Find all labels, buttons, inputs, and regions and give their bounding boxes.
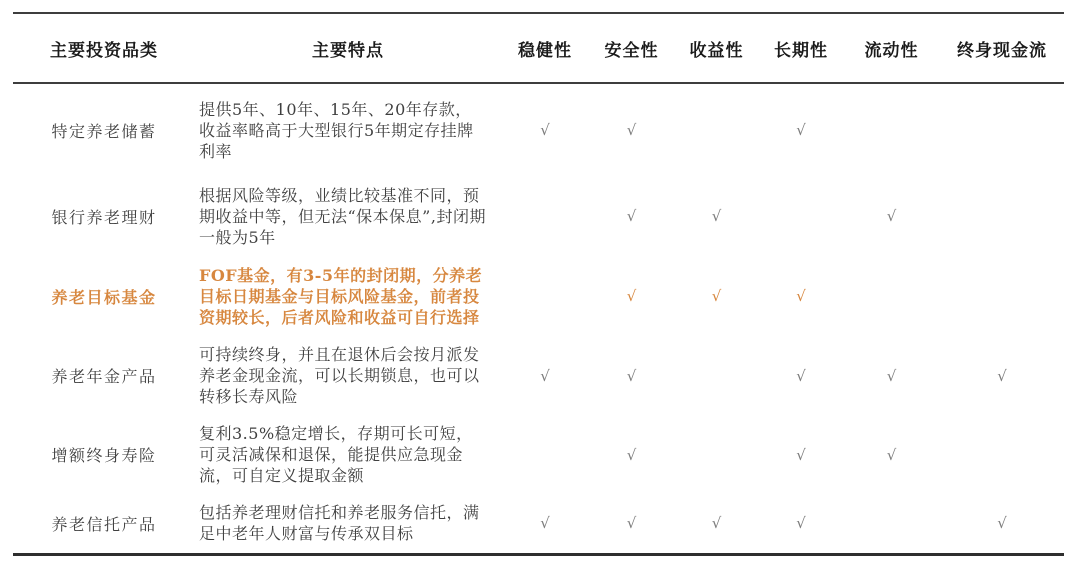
checkmark-cell: √ — [759, 415, 843, 494]
checkmark-cell: √ — [501, 83, 589, 176]
column-header: 主要投资品类 — [13, 13, 195, 83]
empty-check-cell — [674, 415, 759, 494]
empty-check-cell — [843, 83, 940, 176]
empty-check-cell — [674, 336, 759, 415]
checkmark-cell: √ — [843, 176, 940, 256]
table-body: 特定养老储蓄 提供5年、10年、15年、20年存款，收益率略高于大型银行5年期定… — [13, 83, 1064, 554]
checkmark-cell: √ — [589, 176, 674, 256]
pension-products-table: 主要投资品类主要特点稳健性安全性收益性长期性流动性终身现金流 特定养老储蓄 提供… — [13, 12, 1064, 556]
empty-check-cell — [940, 256, 1064, 336]
category-cell: 养老年金产品 — [13, 336, 195, 415]
empty-check-cell — [940, 415, 1064, 494]
checkmark-cell: √ — [501, 336, 589, 415]
empty-check-cell — [674, 83, 759, 176]
column-header: 收益性 — [674, 13, 759, 83]
category-cell: 养老目标基金 — [13, 256, 195, 336]
table-row: 养老目标基金 FOF基金，有3-5年的封闭期，分养老目标日期基金与目标风险基金，… — [13, 256, 1064, 336]
column-header: 终身现金流 — [940, 13, 1064, 83]
checkmark-cell: √ — [759, 256, 843, 336]
checkmark-cell: √ — [589, 336, 674, 415]
checkmark-cell: √ — [940, 336, 1064, 415]
empty-check-cell — [843, 494, 940, 554]
features-cell: 包括养老理财信托和养老服务信托，满足中老年人财富与传承双目标 — [195, 494, 501, 554]
checkmark-cell: √ — [674, 176, 759, 256]
empty-check-cell — [843, 256, 940, 336]
features-cell: 提供5年、10年、15年、20年存款，收益率略高于大型银行5年期定存挂牌利率 — [195, 83, 501, 176]
empty-check-cell — [759, 176, 843, 256]
checkmark-cell: √ — [759, 336, 843, 415]
empty-check-cell — [501, 176, 589, 256]
checkmark-cell: √ — [501, 494, 589, 554]
category-cell: 特定养老储蓄 — [13, 83, 195, 176]
table-row: 养老信托产品 包括养老理财信托和养老服务信托，满足中老年人财富与传承双目标 √√… — [13, 494, 1064, 554]
column-header: 稳健性 — [501, 13, 589, 83]
column-header: 流动性 — [843, 13, 940, 83]
header-row: 主要投资品类主要特点稳健性安全性收益性长期性流动性终身现金流 — [13, 13, 1064, 83]
category-cell: 银行养老理财 — [13, 176, 195, 256]
column-header: 主要特点 — [195, 13, 501, 83]
checkmark-cell: √ — [843, 336, 940, 415]
features-cell: 复利3.5%稳定增长，存期可长可短，可灵活减保和退保，能提供应急现金流，可自定义… — [195, 415, 501, 494]
empty-check-cell — [501, 256, 589, 336]
checkmark-cell: √ — [759, 83, 843, 176]
column-header: 安全性 — [589, 13, 674, 83]
comparison-table-container: 主要投资品类主要特点稳健性安全性收益性长期性流动性终身现金流 特定养老储蓄 提供… — [13, 12, 1064, 556]
checkmark-cell: √ — [759, 494, 843, 554]
features-cell: 可持续终身，并且在退休后会按月派发养老金现金流，可以长期锁息，也可以转移长寿风险 — [195, 336, 501, 415]
checkmark-cell: √ — [589, 415, 674, 494]
category-cell: 养老信托产品 — [13, 494, 195, 554]
checkmark-cell: √ — [843, 415, 940, 494]
checkmark-cell: √ — [589, 494, 674, 554]
features-cell: 根据风险等级，业绩比较基准不同，预期收益中等，但无法“保本保息”,封闭期一般为5… — [195, 176, 501, 256]
checkmark-cell: √ — [674, 494, 759, 554]
table-row: 养老年金产品 可持续终身，并且在退休后会按月派发养老金现金流，可以长期锁息，也可… — [13, 336, 1064, 415]
checkmark-cell: √ — [940, 494, 1064, 554]
empty-check-cell — [940, 83, 1064, 176]
table-header: 主要投资品类主要特点稳健性安全性收益性长期性流动性终身现金流 — [13, 13, 1064, 83]
checkmark-cell: √ — [674, 256, 759, 336]
checkmark-cell: √ — [589, 256, 674, 336]
empty-check-cell — [501, 415, 589, 494]
features-cell: FOF基金，有3-5年的封闭期，分养老目标日期基金与目标风险基金，前者投资期较长… — [195, 256, 501, 336]
table-row: 银行养老理财 根据风险等级，业绩比较基准不同，预期收益中等，但无法“保本保息”,… — [13, 176, 1064, 256]
category-cell: 增额终身寿险 — [13, 415, 195, 494]
empty-check-cell — [940, 176, 1064, 256]
checkmark-cell: √ — [589, 83, 674, 176]
table-row: 特定养老储蓄 提供5年、10年、15年、20年存款，收益率略高于大型银行5年期定… — [13, 83, 1064, 176]
table-row: 增额终身寿险 复利3.5%稳定增长，存期可长可短，可灵活减保和退保，能提供应急现… — [13, 415, 1064, 494]
column-header: 长期性 — [759, 13, 843, 83]
